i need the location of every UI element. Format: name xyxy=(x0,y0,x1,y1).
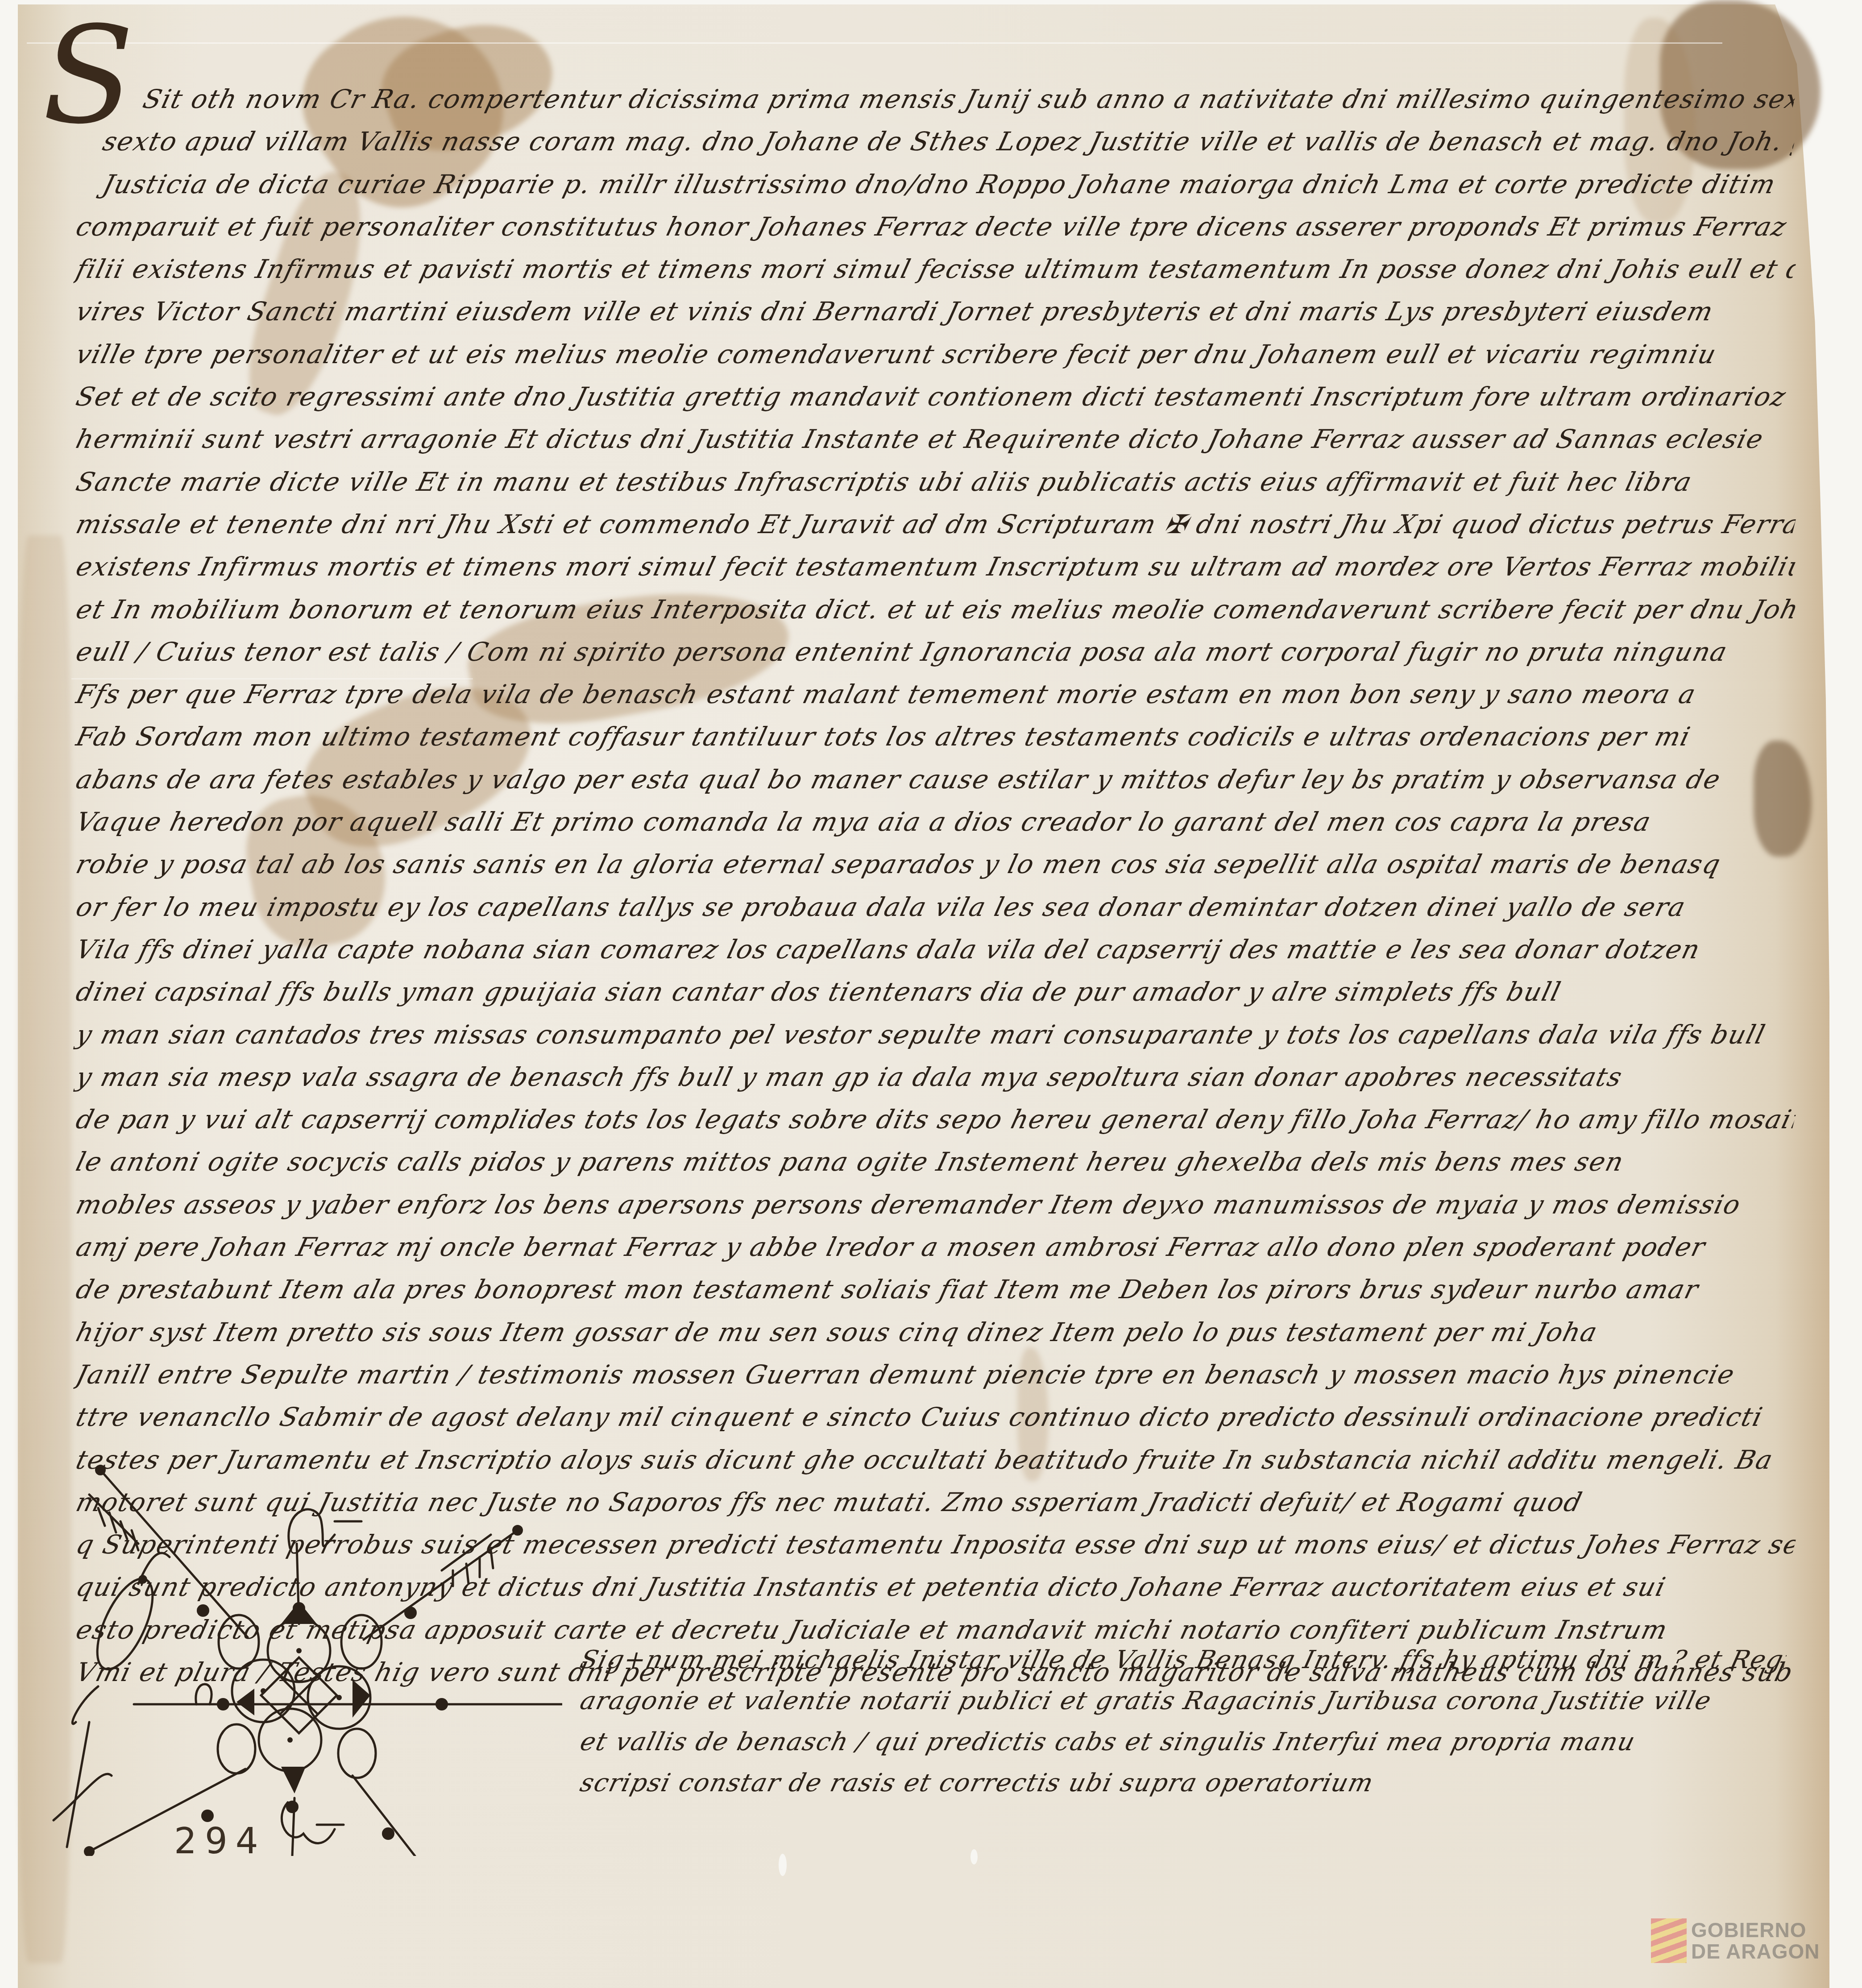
manuscript-line: Justicia de dicta curiae Ripparie p. mil… xyxy=(71,163,1800,206)
subscription-line: aragonie et valentie notarii publici et … xyxy=(576,1681,1791,1722)
manuscript-line: robie y posa tal ab los sanis sanis en l… xyxy=(71,843,1800,886)
manuscript-line: amj pere Johan Ferraz mj oncle bernat Fe… xyxy=(71,1226,1800,1268)
manuscript-line: sexto apud villam Vallis nasse coram mag… xyxy=(71,120,1800,163)
manuscript-line: ttre venancllo Sabmir de agost delany mi… xyxy=(71,1396,1800,1438)
aragon-flag-icon xyxy=(1651,1918,1687,1963)
gobierno-de-aragon-watermark: GOBIERNO DE ARAGON xyxy=(1651,1918,1820,1963)
manuscript-line: mobles asseos y yaber enforz los bens ap… xyxy=(71,1184,1800,1226)
fold-crease xyxy=(27,42,1722,44)
manuscript-line: missale et tenente dni nri Jhu Xsti et c… xyxy=(71,503,1800,546)
manuscript-line: herminii sunt vestri arragonie Et dictus… xyxy=(71,418,1800,460)
manuscript-line: Janill entre Sepulte martin / testimonis… xyxy=(71,1354,1800,1396)
manuscript-line: comparuit et fuit personaliter constitut… xyxy=(71,206,1800,248)
manuscript-body: Sit oth novm Cr Ra. compertentur dicissi… xyxy=(71,78,1789,1694)
manuscript-line: vires Victor Sancti martini eiusdem vill… xyxy=(71,290,1800,333)
manuscript-line: filii existens Infirmus et pavisti morti… xyxy=(71,248,1800,290)
manuscript-line: dinei capsinal ffs bulls yman gpuijaia s… xyxy=(71,971,1800,1013)
manuscript-line: Vila ffs dinei yalla capte nobana sian c… xyxy=(71,928,1800,971)
subscription-line: et vallis de benasch / qui predictis cab… xyxy=(576,1722,1791,1763)
manuscript-line: Sit oth novm Cr Ra. compertentur dicissi… xyxy=(71,78,1800,120)
subscription-line: scripsi constar de rasis et correctis ub… xyxy=(576,1763,1791,1804)
manuscript-line: ville tpre personaliter et ut eis melius… xyxy=(71,333,1800,376)
manuscript-line: Fab Sordam mon ultimo testament coffasur… xyxy=(71,716,1800,758)
manuscript-line: y man sian cantados tres missas consumpa… xyxy=(71,1014,1800,1056)
manuscript-line: or fer lo meu impostu ey los capellans t… xyxy=(71,886,1800,928)
manuscript-line: de pan y vui alt capserrij complides tot… xyxy=(71,1098,1800,1141)
manuscript-line: existens Infirmus mortis et timens mori … xyxy=(71,546,1800,588)
notarial-signum-icon xyxy=(49,1454,562,1856)
watermark-line-1: GOBIERNO xyxy=(1691,1919,1820,1941)
manuscript-line: eull / Cuius tenor est talis / Com ni sp… xyxy=(71,631,1800,673)
manuscript-line: Ffs per que Ferraz tpre dela vila de ben… xyxy=(71,673,1800,716)
manuscript-line: et In mobilium bonorum et tenorum eius I… xyxy=(71,588,1800,631)
manuscript-line: hijor syst Item pretto sis sous Item gos… xyxy=(71,1311,1800,1354)
watermark-line-2: DE ARAGON xyxy=(1691,1941,1820,1962)
manuscript-line: de prestabunt Item ala pres bonoprest mo… xyxy=(71,1268,1800,1311)
subscription-line: Sig+num mei michaelis Inistar ville de V… xyxy=(576,1640,1791,1681)
watermark-text: GOBIERNO DE ARAGON xyxy=(1691,1919,1820,1962)
manuscript-line: Sancte marie dicte ville Et in manu et t… xyxy=(71,461,1800,503)
manuscript-line: y man sia mesp vala ssagra de benasch ff… xyxy=(71,1056,1800,1098)
parchment-hole xyxy=(970,1849,978,1864)
manuscript-line: le antoni ogite socycis calls pidos y pa… xyxy=(71,1141,1800,1183)
manuscript-line: Set et de scito regressimi ante dno Just… xyxy=(71,376,1800,418)
manuscript-line: abans de ara fetes estables y valgo per … xyxy=(71,758,1800,801)
parchment-hole xyxy=(779,1854,787,1876)
catalog-number: 294 xyxy=(174,1820,266,1862)
manuscript-line: Vaque heredon por aquell salli Et primo … xyxy=(71,801,1800,843)
notary-subscription: Sig+num mei michaelis Inistar ville de V… xyxy=(576,1640,1780,1804)
